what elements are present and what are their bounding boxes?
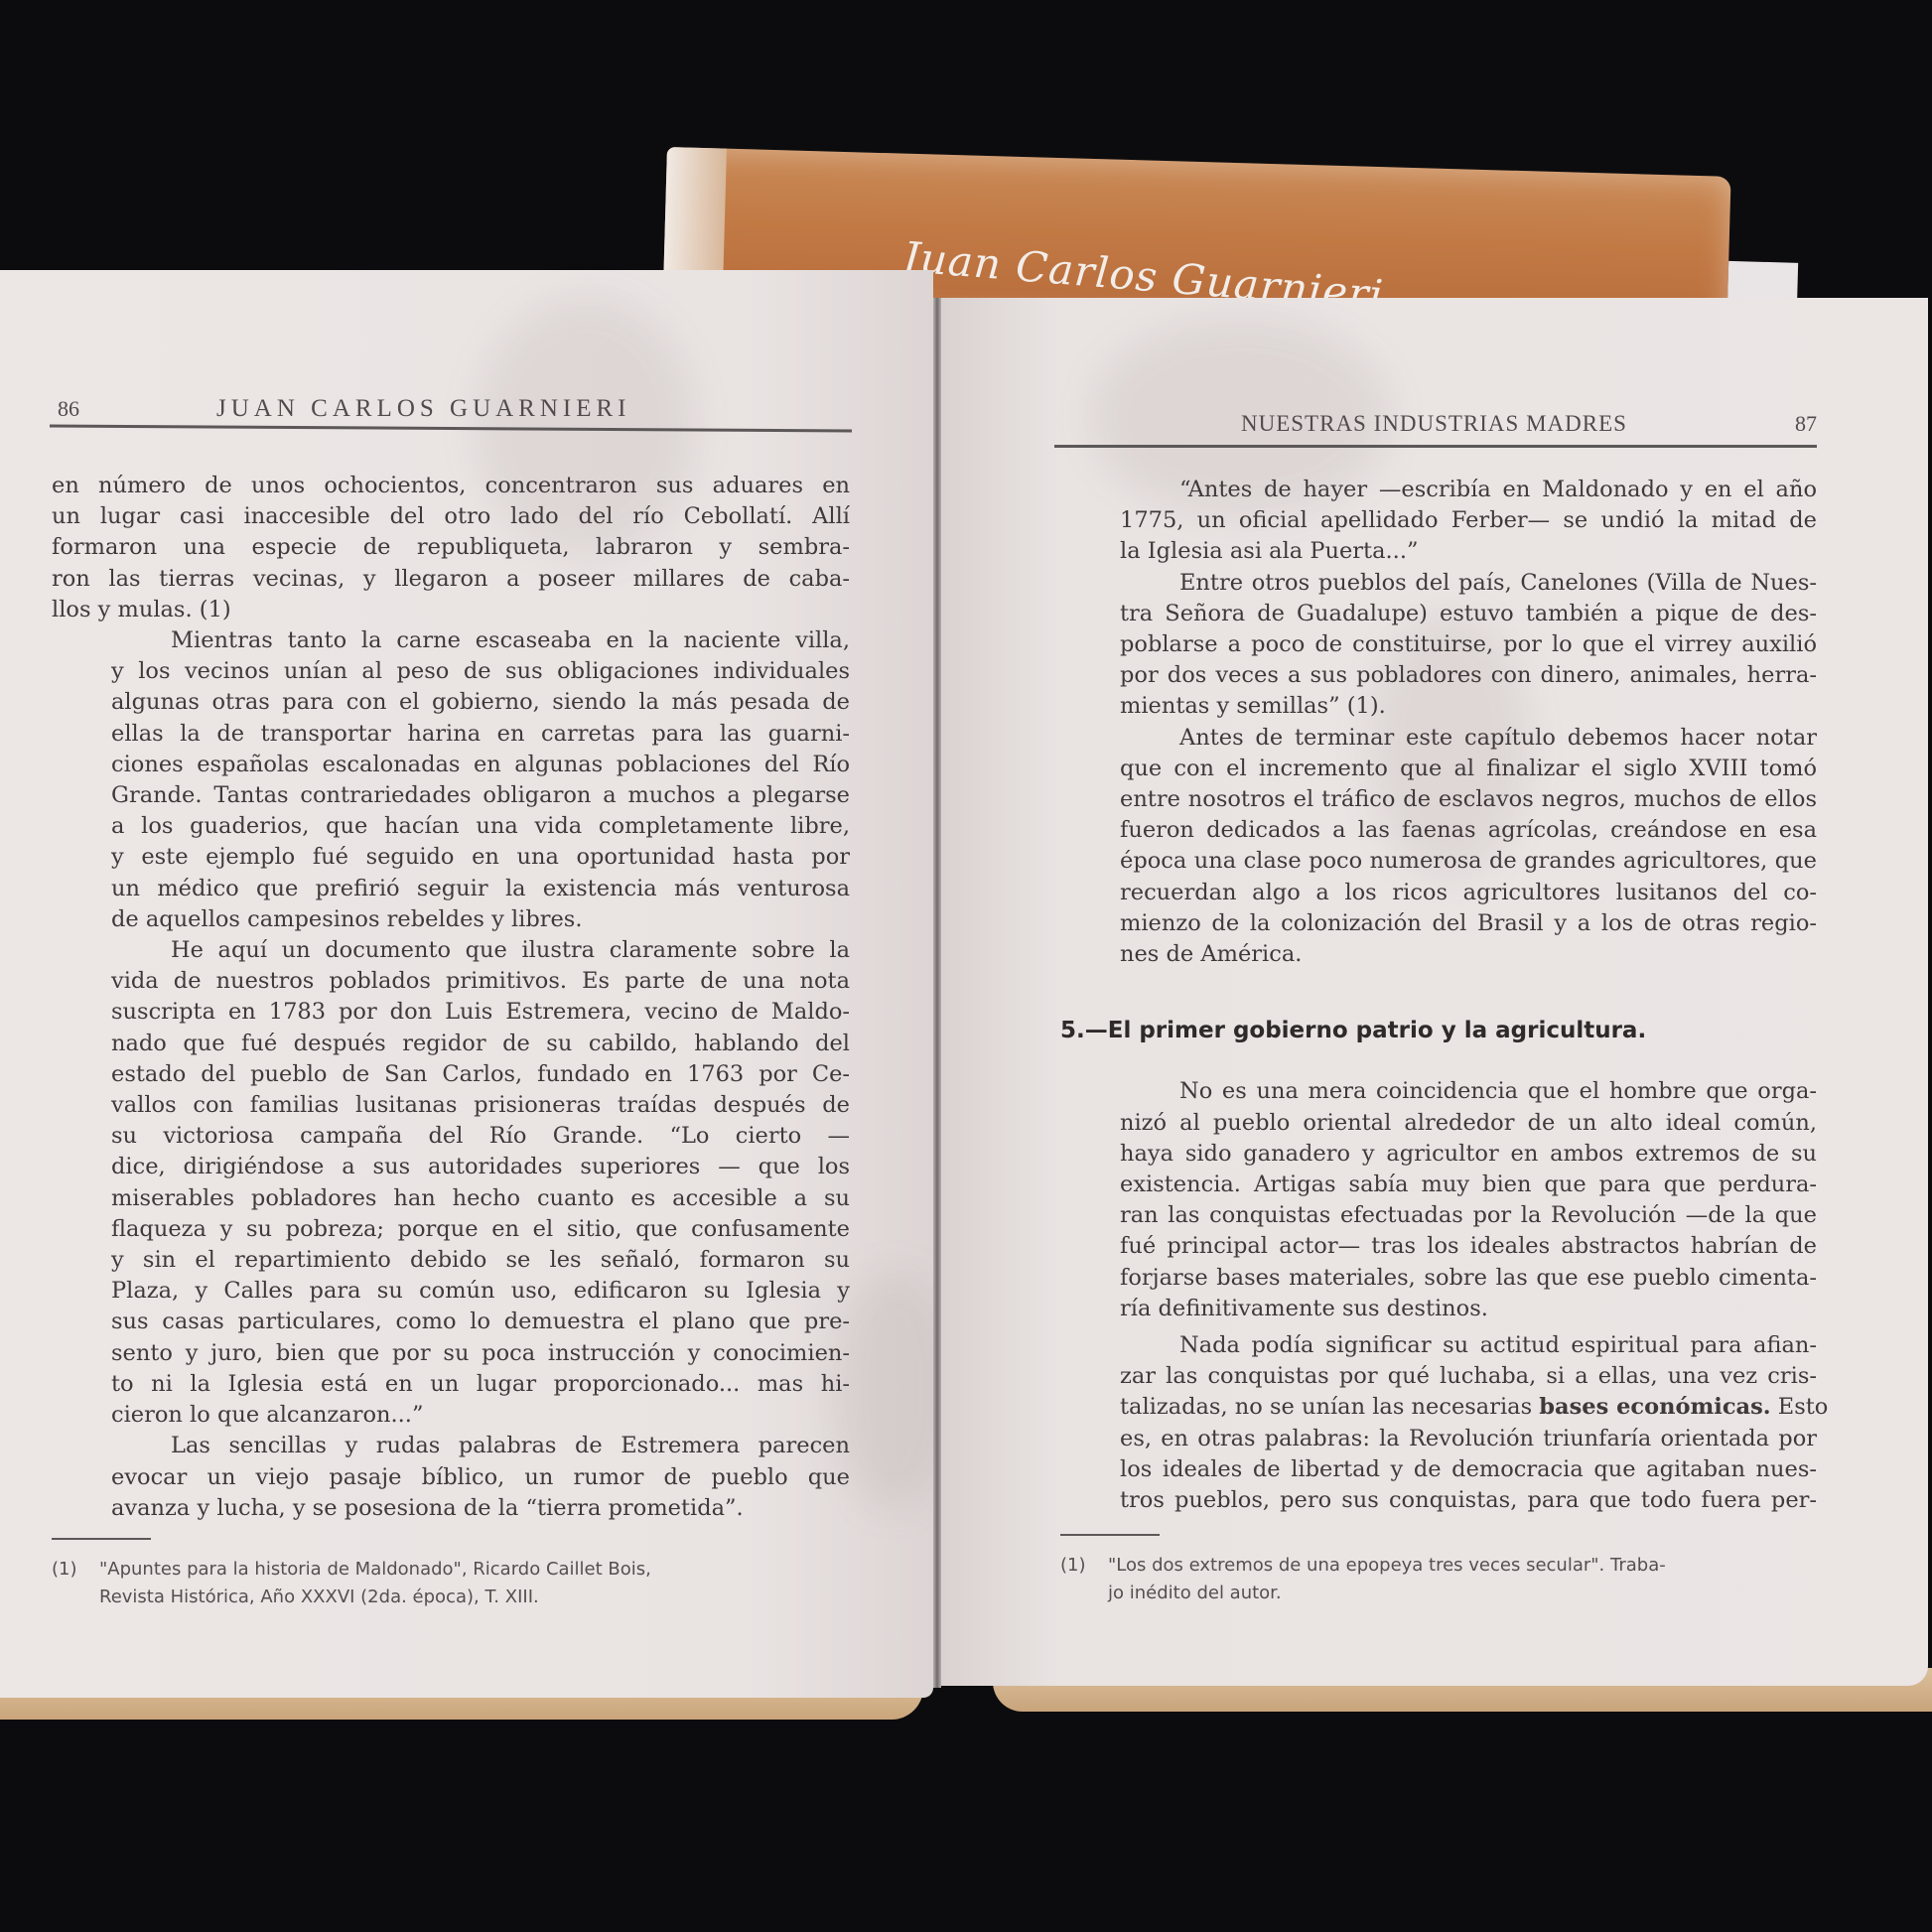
footnote-text: "Apuntes para la historia de Maldonado",… [99,1559,651,1580]
text-line: recuerdan algo a los ricos agricultores … [1060,878,1817,908]
running-head-title: JUAN CARLOS GUARNIERI [216,395,631,423]
footnote-text: jo inédito del autor. [1060,1580,1817,1607]
text-line: nes de América. [1060,939,1817,970]
text-line: a los guaderios, que hacían una vida com… [52,811,850,842]
text-line: Las sencillas y rudas palabras de Estrem… [52,1431,850,1461]
text-line: ciones españolas escalonadas en algunas … [52,750,850,780]
text-line: cieron lo que alcanzaron...” [52,1400,850,1431]
text-line: suscripta en 1783 por don Luis Estremera… [52,997,850,1028]
footnote-rule [52,1538,151,1540]
text-line: la Iglesia asi ala Puerta...” [1060,536,1817,567]
text-line: sus casas particulares, como lo demuestr… [52,1307,850,1337]
running-head-title: NUESTRAS INDUSTRIAS MADRES [1241,411,1627,437]
paragraph: No es una mera coincidencia que el hombr… [1060,1076,1817,1324]
text-line: ran las conquistas efectuadas por la Rev… [1060,1200,1817,1231]
paragraph: Antes de terminar este capítulo debemos … [1060,723,1817,971]
text-line: vida de nuestros poblados primitivos. Es… [52,966,850,997]
text-line: Antes de terminar este capítulo debemos … [1060,723,1817,754]
text-line: “Antes de hayer —escribía en Maldonado y… [1060,475,1817,505]
text-line: un lugar casi inaccesible del otro lado … [52,501,850,532]
footnote-text: Revista Histórica, Año XXXVI (2da. época… [52,1584,850,1611]
right-page-body: “Antes de hayer —escribía en Maldonado y… [1060,475,1817,1607]
footnote-mark: (1) [52,1556,99,1584]
text-line: sento y juro, bien que por su poca instr… [52,1338,850,1369]
text-line: estado del pueblo de San Carlos, fundado… [52,1059,850,1090]
text-line: vallos con familias lusitanas prisionera… [52,1090,850,1121]
text-line: haya sido ganadero y agricultor en ambos… [1060,1139,1817,1170]
text-line: que con el incremento que al finalizar e… [1060,754,1817,784]
left-page-body: en número de unos ochocientos, concentra… [52,471,850,1611]
text-line: por dos veces a sus pobladores con diner… [1060,660,1817,691]
right-running-head: NUESTRAS INDUSTRIAS MADRES 87 [1241,411,1817,437]
text-line: nizó al pueblo oriental alrededor de un … [1060,1108,1817,1139]
text-line: y este ejemplo fué seguido en una oportu… [52,842,850,873]
text-line: mienzo de la colonización del Brasil y a… [1060,908,1817,939]
text-line: flaqueza y su pobreza; porque en el siti… [52,1214,850,1245]
text-line: Entre otros pueblos del país, Canelones … [1060,568,1817,599]
section-heading: 5.—El primer gobierno patrio y la agricu… [1060,1016,1817,1046]
text-line: formaron una especie de republiqueta, la… [52,532,850,563]
text-line: No es una mera coincidencia que el hombr… [1060,1076,1817,1107]
book-gutter [933,298,941,1688]
text-line: ron las tierras vecinas, y llegaron a po… [52,564,850,595]
text-line: forjarse bases materiales, sobre las que… [1060,1263,1817,1294]
text-line: y los vecinos unían al peso de sus oblig… [52,656,850,687]
footnote-rule [1060,1534,1160,1536]
bold-phrase: bases económicas. [1539,1394,1770,1420]
paragraph: en número de unos ochocientos, concentra… [52,471,850,625]
text-line: entre nosotros el tráfico de esclavos ne… [1060,784,1817,815]
text-line: evocar un viejo pasaje bíblico, un rumor… [52,1462,850,1493]
footnote-mark: (1) [1060,1552,1108,1580]
paragraph: Las sencillas y rudas palabras de Estrem… [52,1431,850,1524]
text-line: existencia. Artigas sabía muy bien que p… [1060,1170,1817,1200]
text-line: talizadas, no se unían las necesarias ba… [1060,1392,1817,1423]
text-line: tros pueblos, pero sus conquistas, para … [1060,1485,1817,1516]
paragraph: Mientras tanto la carne escaseaba en la … [52,625,850,935]
text-line: los ideales de libertad y de democracia … [1060,1454,1817,1485]
footnote: (1)"Apuntes para la historia de Maldonad… [52,1556,850,1611]
text-line: en número de unos ochocientos, concentra… [52,471,850,501]
text-fragment: talizadas, no se unían las necesarias [1120,1394,1539,1420]
text-line: Plaza, y Calles para su común uso, edifi… [52,1276,850,1307]
paragraph: Entre otros pueblos del país, Canelones … [1060,568,1817,723]
page-number: 87 [1795,411,1817,437]
text-line: y sin el repartimiento debido se les señ… [52,1245,850,1276]
paragraph: “Antes de hayer —escribía en Maldonado y… [1060,475,1817,568]
text-line: de aquellos campesinos rebeldes y libres… [52,904,850,935]
text-line: ría definitivamente sus destinos. [1060,1294,1817,1324]
paragraph: He aquí un documento que ilustra clarame… [52,935,850,1431]
text-line: Grande. Tantas contrariedades obligaron … [52,780,850,811]
text-line: fué principal actor— tras los ideales ab… [1060,1231,1817,1262]
text-line: época una clase poco numerosa de grandes… [1060,846,1817,877]
text-line: He aquí un documento que ilustra clarame… [52,935,850,966]
footnote-text: "Los dos extremos de una epopeya tres ve… [1108,1555,1666,1576]
left-running-head: 86 JUAN CARLOS GUARNIERI [58,395,852,423]
text-line: dice, dirigiéndose a sus autoridades sup… [52,1152,850,1182]
text-line: Nada podía significar su actitud espirit… [1060,1330,1817,1361]
text-line: tra Señora de Guadalupe) estuvo también … [1060,599,1817,629]
text-line: to ni la Iglesia está en un lugar propor… [52,1369,850,1400]
text-line: ellas la de transportar harina en carret… [52,719,850,750]
page-number: 86 [58,396,216,422]
text-line: es, en otras palabras: la Revolución tri… [1060,1424,1817,1454]
paragraph: Nada podía significar su actitud espirit… [1060,1330,1817,1516]
text-line: miserables pobladores han hecho cuanto e… [52,1183,850,1214]
text-line: avanza y lucha, y se posesiona de la “ti… [52,1493,850,1524]
text-line: nado que fué después regidor de su cabil… [52,1029,850,1059]
text-line: algunas otras para con el gobierno, sien… [52,687,850,718]
text-line: llos y mulas. (1) [52,595,850,625]
text-line: Mientras tanto la carne escaseaba en la … [52,625,850,656]
text-line: zar las conquistas por qué luchaba, si a… [1060,1361,1817,1392]
text-line: mientas y semillas” (1). [1060,691,1817,722]
text-line: su victoriosa campaña del Río Grande. “L… [52,1121,850,1152]
text-line: un médico que prefirió seguir la existen… [52,874,850,904]
text-line: poblarse a poco de constituirse, por lo … [1060,629,1817,660]
footnote: (1)"Los dos extremos de una epopeya tres… [1060,1552,1817,1607]
text-line: 1775, un oficial apellidado Ferber— se u… [1060,505,1817,536]
text-line: fueron dedicados a las faenas agrícolas,… [1060,815,1817,846]
header-rule [1054,445,1817,448]
text-fragment: Esto [1771,1394,1829,1420]
